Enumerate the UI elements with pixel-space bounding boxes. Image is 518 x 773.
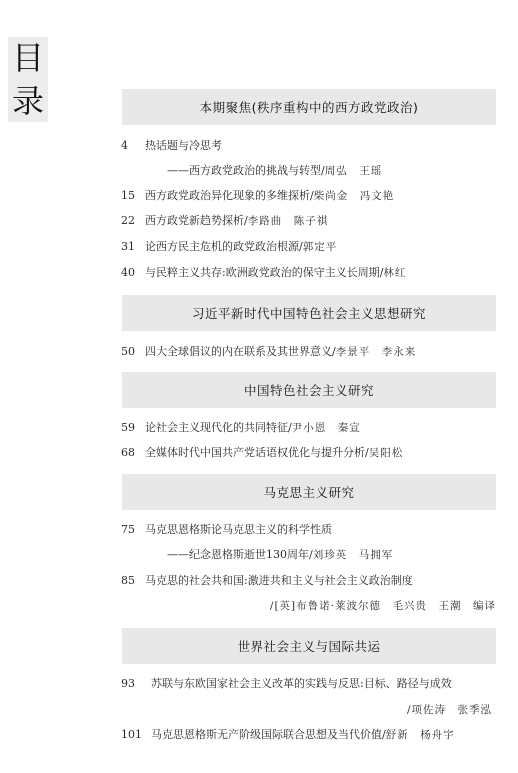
- toc-entry[interactable]: 40与民粹主义共存:欧洲政党政治的保守主义长周期/林红: [121, 266, 406, 280]
- page-number: 15: [121, 189, 145, 203]
- entry-title: 热话题与冷思考: [145, 139, 222, 152]
- entry-byline: /[英]布鲁诺·莱波尔德 毛兴贵 王潮 编译: [270, 599, 496, 613]
- entry-title: 四大全球倡议的内在联系及其世界意义/: [145, 345, 336, 358]
- section-banner-marxism: 马克思主义研究: [122, 474, 496, 510]
- page-number: 93: [121, 677, 151, 691]
- entry-title: 与民粹主义共存:欧洲政党政治的保守主义长周期/: [145, 266, 383, 279]
- entry-title: 全媒体时代中国共产党话语权优化与提升分析/: [145, 446, 369, 459]
- toc-entry[interactable]: 15西方政党政治异化现象的多维探析/柴尚金 冯文艳: [121, 189, 394, 203]
- entry-title: 马克思恩格斯论马克思主义的科学性质: [145, 523, 332, 536]
- toc-entry-subtitle[interactable]: ——纪念恩格斯逝世130周年/刘珍英 马拥军: [167, 548, 393, 562]
- page-number: 75: [121, 523, 145, 537]
- toc-entry[interactable]: 85马克思的社会共和国:激进共和主义与社会主义政治制度: [121, 574, 413, 588]
- page-number: 50: [121, 345, 145, 359]
- section-banner-xi-thought: 习近平新时代中国特色社会主义思想研究: [122, 295, 496, 331]
- toc-entry[interactable]: 4热话题与冷思考: [121, 139, 222, 153]
- entry-title: 论西方民主危机的政党政治根源/: [145, 240, 303, 253]
- entry-authors: 柴尚金 冯文艳: [314, 190, 395, 202]
- toc-entry[interactable]: 101马克思恩格斯无产阶级国际联合思想及当代价值/舒新 杨舟宇: [121, 728, 455, 742]
- section-banner-socialism-chinese: 中国特色社会主义研究: [122, 372, 496, 408]
- entry-title: 马克思的社会共和国:激进共和主义与社会主义政治制度: [145, 574, 413, 587]
- entry-authors: 李景平 李永来: [336, 346, 417, 358]
- entry-title: 西方政党新趋势探析/: [145, 214, 248, 227]
- toc-heading-char-1: 目: [12, 40, 44, 76]
- toc-heading-char-2: 录: [12, 83, 44, 119]
- page-number: 40: [121, 266, 145, 280]
- toc-entry[interactable]: 22西方政党新趋势探析/李路曲 陈子祺: [121, 214, 328, 228]
- entry-title: 苏联与东欧国家社会主义改革的实践与反思:目标、路径与成效: [151, 677, 452, 690]
- toc-entry[interactable]: 75马克思恩格斯论马克思主义的科学性质: [121, 523, 332, 537]
- section-banner-world-socialism: 世界社会主义与国际共运: [122, 628, 496, 664]
- toc-entry[interactable]: 50四大全球倡议的内在联系及其世界意义/李景平 李永来: [121, 345, 416, 359]
- page-number: 101: [121, 728, 151, 742]
- page-number: 85: [121, 574, 145, 588]
- page-number: 31: [121, 240, 145, 254]
- entry-authors: 李路曲 陈子祺: [248, 215, 329, 227]
- entry-title: 西方政党政治异化现象的多维探析/: [145, 189, 314, 202]
- entry-byline: /项佐涛 张季泓: [407, 703, 492, 717]
- entry-authors: 郭定平: [303, 241, 338, 253]
- section-banner-focus: 本期聚焦(秩序重构中的西方政党政治): [122, 89, 496, 125]
- page-number: 4: [121, 139, 145, 153]
- toc-entry[interactable]: 68全媒体时代中国共产党话语权优化与提升分析/吴阳松: [121, 446, 403, 460]
- toc-entry[interactable]: 31论西方民主危机的政党政治根源/郭定平: [121, 240, 337, 254]
- toc-entry[interactable]: 59论社会主义现代化的共同特征/尹小恩 秦宣: [121, 421, 361, 435]
- entry-authors: 周弘 王瑶: [325, 165, 383, 177]
- entry-subtitle: ——西方政党政治的挑战与转型/: [167, 164, 325, 177]
- toc-entry[interactable]: 93苏联与东欧国家社会主义改革的实践与反思:目标、路径与成效: [121, 677, 452, 691]
- entry-authors: 林红: [383, 267, 406, 279]
- page-number: 59: [121, 421, 145, 435]
- toc-heading: 目 录: [8, 37, 48, 122]
- page-number: 22: [121, 214, 145, 228]
- entry-subtitle: ——纪念恩格斯逝世130周年/: [167, 548, 313, 561]
- entry-authors: 尹小恩 秦宣: [292, 422, 361, 434]
- entry-authors: 舒新 杨舟宇: [386, 729, 455, 741]
- toc-entry-subtitle[interactable]: ——西方政党政治的挑战与转型/周弘 王瑶: [167, 164, 382, 178]
- entry-title: 论社会主义现代化的共同特征/: [145, 421, 292, 434]
- entry-authors: 吴阳松: [369, 447, 404, 459]
- entry-authors: 刘珍英 马拥军: [313, 549, 394, 561]
- entry-title: 马克思恩格斯无产阶级国际联合思想及当代价值/: [151, 728, 386, 741]
- page-number: 68: [121, 446, 145, 460]
